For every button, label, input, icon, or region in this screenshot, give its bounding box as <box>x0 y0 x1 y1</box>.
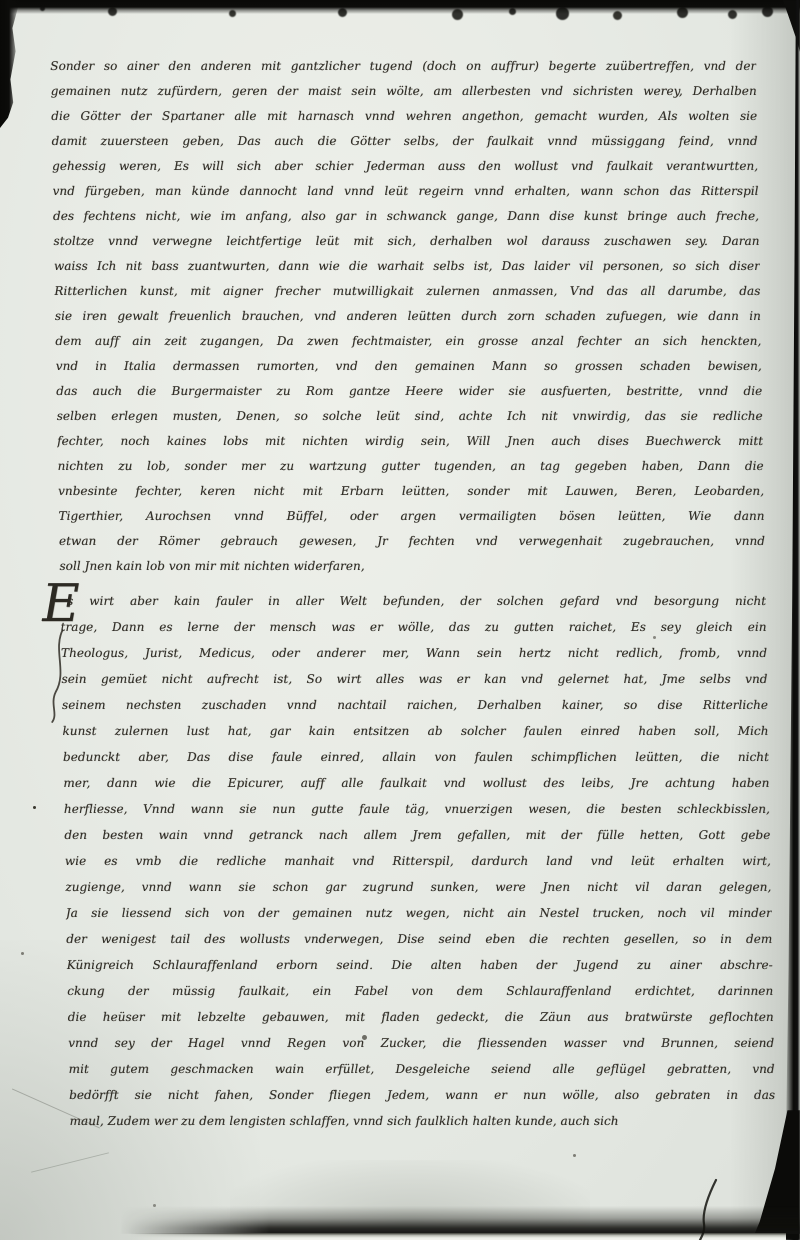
manuscript-line: trage, Dann es lerne der mensch was er w… <box>60 614 766 640</box>
scan-edge-blotches <box>40 6 45 11</box>
ink-specks <box>33 806 36 809</box>
paragraph-2: E s wirt aber kain fauler in aller Welt … <box>60 588 776 1134</box>
manuscript-line: Künigreich Schlauraffenland erborn seind… <box>66 952 772 978</box>
manuscript-line: bedunckt aber, Das dise faule einred, al… <box>63 744 769 770</box>
manuscript-line: herfliesse, Vnnd wann sie nun gutte faul… <box>64 796 770 822</box>
manuscript-line: des fechtens nicht, wie im anfang, also … <box>53 204 759 229</box>
manuscript-line: s wirt aber kain fauler in aller Welt be… <box>60 588 766 614</box>
manuscript-line: bedörfft sie nicht fahen, Sonder fliegen… <box>69 1082 775 1108</box>
manuscript-line: ckung der müssig faulkait, ein Fabel von… <box>67 978 773 1004</box>
manuscript-line: mit gutem geschmacken wain erfüllet, Des… <box>68 1056 774 1082</box>
manuscript-line: dem auff ain zeit zugangen, Da zwen fech… <box>55 329 761 354</box>
manuscript-line: seinem nechsten zuschaden vnnd nachtail … <box>62 692 768 718</box>
manuscript-line: soll Jnen kain lob von mir mit nichten w… <box>59 554 765 579</box>
manuscript-line: zugienge, vnnd wann sie schon gar zugrun… <box>65 874 771 900</box>
manuscript-line: Tigerthier, Aurochsen vnnd Büffel, oder … <box>58 504 764 529</box>
manuscript-line: nichten zu lob, sonder mer zu wartzung g… <box>57 454 763 479</box>
manuscript-line: selben erlegen musten, Denen, so solche … <box>56 404 762 429</box>
manuscript-line: mer, dann wie die Epicurer, auff alle fa… <box>63 770 769 796</box>
manuscript-line: fechter, noch kaines lobs mit nichten wi… <box>57 429 763 454</box>
scan-edge-top <box>0 0 800 14</box>
manuscript-line: vnd in Italia dermassen rumorten, vnd de… <box>55 354 761 379</box>
scan-hair-crack <box>686 1178 726 1240</box>
manuscript-line: etwan der Römer gebrauch gewesen, Jr fec… <box>59 529 765 554</box>
manuscript-line: vnnd sey der Hagel vnnd Regen von Zucker… <box>68 1030 774 1056</box>
manuscript-line: maul, Zudem wer zu dem lengisten schlaff… <box>69 1108 775 1134</box>
manuscript-line: gehessig weren, Es will sich aber schier… <box>52 154 758 179</box>
manuscript-line: gemainen nutz zufürdern, geren der maist… <box>50 79 756 104</box>
manuscript-line: das auch die Burgermaister zu Rom gantze… <box>56 379 762 404</box>
manuscript-line: sie iren gewalt freuenlich brauchen, vnd… <box>55 304 761 329</box>
manuscript-line: den besten wain vnnd getranck nach allem… <box>64 822 770 848</box>
manuscript-line: kunst zulernen lust hat, gar kain entsit… <box>62 718 768 744</box>
manuscript-line: stoltze vnnd verwegne leichtfertige leüt… <box>53 229 759 254</box>
scan-page: Sonder so ainer den anderen mit gantzlic… <box>0 0 800 1240</box>
manuscript-line: Ritterlichen kunst, mit aigner frecher m… <box>54 279 760 304</box>
manuscript-line: der wenigest tail des wollusts vnderwege… <box>66 926 772 952</box>
dropcap-initial: E <box>42 578 81 630</box>
dropcap-swash <box>47 628 75 724</box>
paragraph-1: Sonder so ainer den anderen mit gantzlic… <box>50 54 766 579</box>
manuscript-line: die heüser mit lebzelte gebauwen, mit fl… <box>67 1004 773 1030</box>
manuscript-line: die Götter der Spartaner alle mit harnas… <box>51 104 757 129</box>
manuscript-line: Sonder so ainer den anderen mit gantzlic… <box>50 54 756 79</box>
scan-corner-top-left <box>0 0 20 128</box>
manuscript-text: Sonder so ainer den anderen mit gantzlic… <box>50 54 776 1134</box>
manuscript-line: waiss Ich nit bass zuantwurten, dann wie… <box>54 254 760 279</box>
manuscript-line: wie es vmb die redliche manhait vnd Ritt… <box>65 848 771 874</box>
manuscript-line: sein gemüet nicht aufrecht ist, So wirt … <box>61 666 767 692</box>
manuscript-line: Theologus, Jurist, Medicus, oder anderer… <box>61 640 767 666</box>
manuscript-line: vnd fürgeben, man künde dannocht land vn… <box>52 179 758 204</box>
manuscript-line: Ja sie liessend sich von der gemainen nu… <box>66 900 772 926</box>
manuscript-line: damit zuuersteen geben, Das auch die Göt… <box>51 129 757 154</box>
manuscript-line: vnbesinte fechter, keren nicht mit Erbar… <box>58 479 764 504</box>
